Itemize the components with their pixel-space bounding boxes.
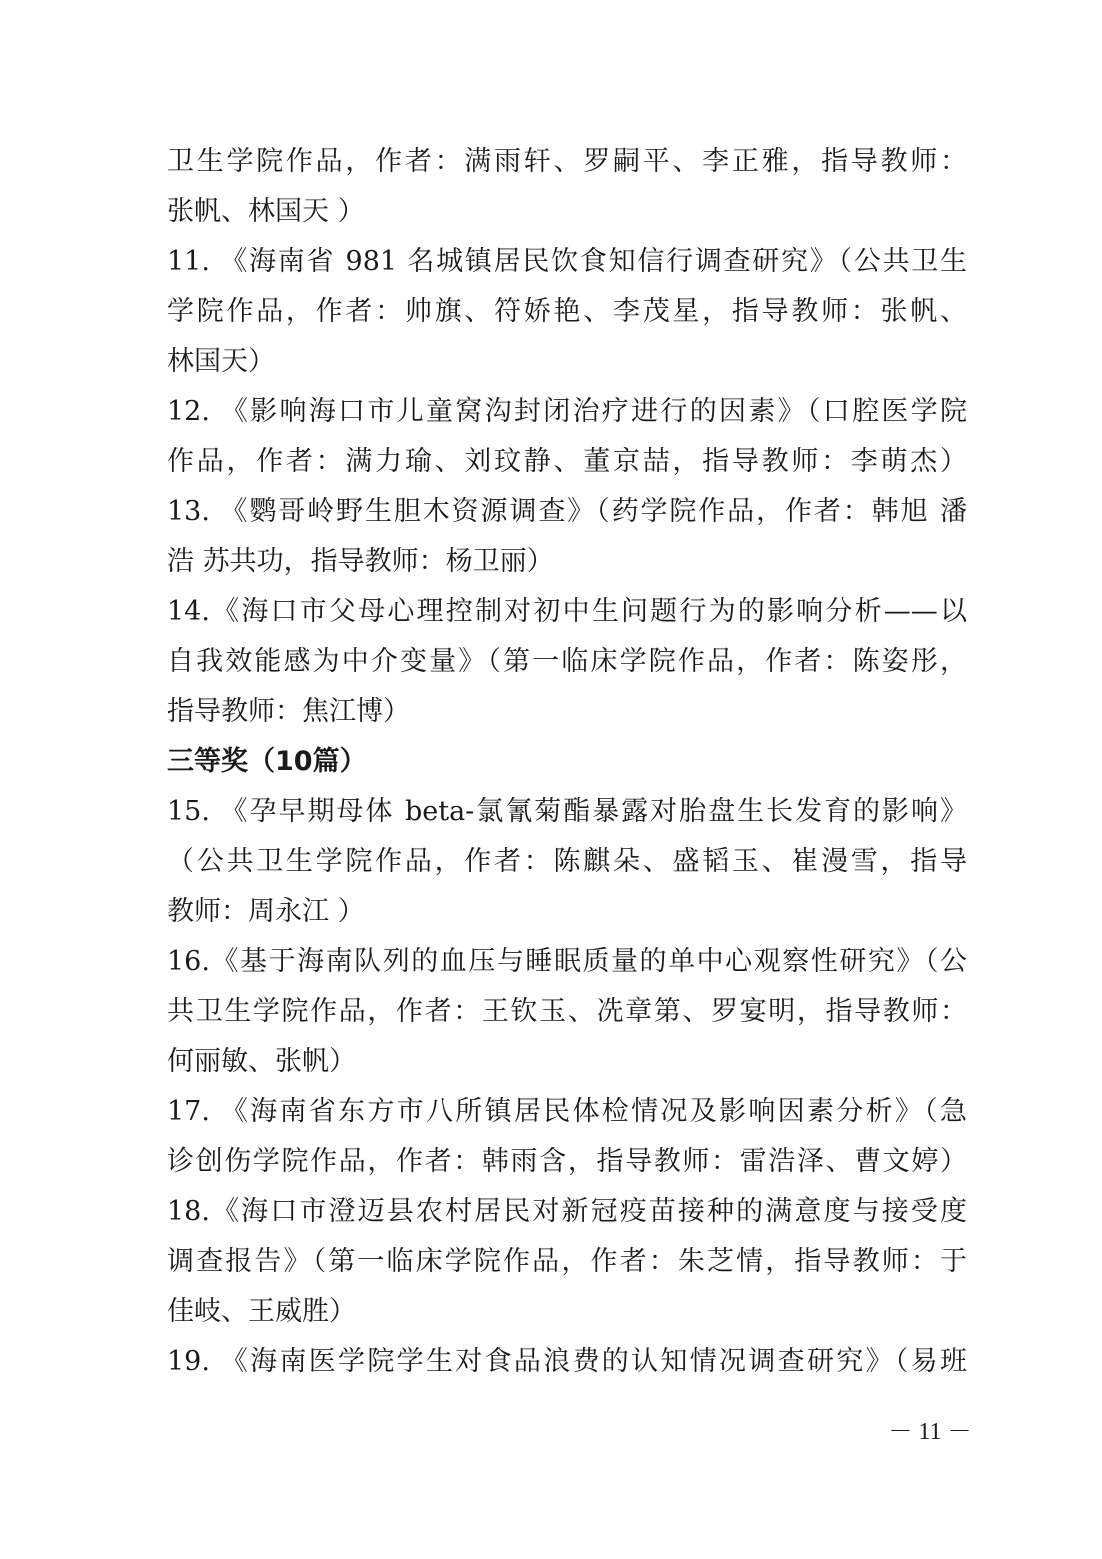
- entry-14-line-3: 指导教师：焦江博）: [167, 687, 967, 737]
- entry-17-line-2: 诊创伤学院作品，作者：韩雨含，指导教师：雷浩泽、曹文婷）: [167, 1137, 967, 1187]
- entry-11-line-1: 11. 《海南省 981 名城镇居民饮食知信行调查研究》（公共卫生: [167, 237, 967, 287]
- page-body: 卫生学院作品，作者：满雨轩、罗嗣平、李正雅，指导教师： 张帆、林国天 ） 11.…: [167, 137, 967, 1387]
- page-number: － 11 －: [880, 1414, 980, 1450]
- section-heading-third-prize: 三等奖（10篇）: [167, 737, 967, 787]
- entry-15-line-1: 15. 《孕早期母体 beta-氯氰菊酯暴露对胎盘生长发育的影响》: [167, 787, 967, 837]
- text-line: 卫生学院作品，作者：满雨轩、罗嗣平、李正雅，指导教师：: [167, 137, 967, 187]
- entry-15-line-3: 教师：周永江 ）: [167, 887, 967, 937]
- entry-18-line-2: 调查报告》（第一临床学院作品，作者：朱芝情，指导教师：于: [167, 1237, 967, 1287]
- entry-13-line-2: 浩 苏共功，指导教师：杨卫丽）: [167, 537, 967, 587]
- entry-15-line-2: （公共卫生学院作品，作者：陈麒朵、盛韬玉、崔漫雪，指导: [167, 837, 967, 887]
- entry-16-line-1: 16.《基于海南队列的血压与睡眠质量的单中心观察性研究》（公: [167, 937, 967, 987]
- entry-19-line-1: 19. 《海南医学院学生对食品浪费的认知情况调查研究》（易班: [167, 1337, 967, 1387]
- entry-13-line-1: 13. 《鹦哥岭野生胆木资源调查》（药学院作品，作者：韩旭 潘: [167, 487, 967, 537]
- entry-18-line-3: 佳岐、王威胜）: [167, 1287, 967, 1337]
- entry-14-line-1: 14.《海口市父母心理控制对初中生问题行为的影响分析——以: [167, 587, 967, 637]
- entry-14-line-2: 自我效能感为中介变量》（第一临床学院作品，作者：陈姿彤，: [167, 637, 967, 687]
- document-page: 卫生学院作品，作者：满雨轩、罗嗣平、李正雅，指导教师： 张帆、林国天 ） 11.…: [0, 0, 1102, 1559]
- text-line: 张帆、林国天 ）: [167, 187, 967, 237]
- entry-18-line-1: 18.《海口市澄迈县农村居民对新冠疫苗接种的满意度与接受度: [167, 1187, 967, 1237]
- entry-16-line-2: 共卫生学院作品，作者：王钦玉、冼章第、罗宴明，指导教师：: [167, 987, 967, 1037]
- entry-16-line-3: 何丽敏、张帆）: [167, 1037, 967, 1087]
- entry-17-line-1: 17. 《海南省东方市八所镇居民体检情况及影响因素分析》（急: [167, 1087, 967, 1137]
- entry-12-line-1: 12. 《影响海口市儿童窝沟封闭治疗进行的因素》（口腔医学院: [167, 387, 967, 437]
- entry-12-line-2: 作品，作者：满力瑜、刘玟静、董京喆，指导教师：李萌杰）: [167, 437, 967, 487]
- entry-11-line-3: 林国天）: [167, 337, 967, 387]
- entry-11-line-2: 学院作品，作者：帅旗、符娇艳、李茂星，指导教师：张帆、: [167, 287, 967, 337]
